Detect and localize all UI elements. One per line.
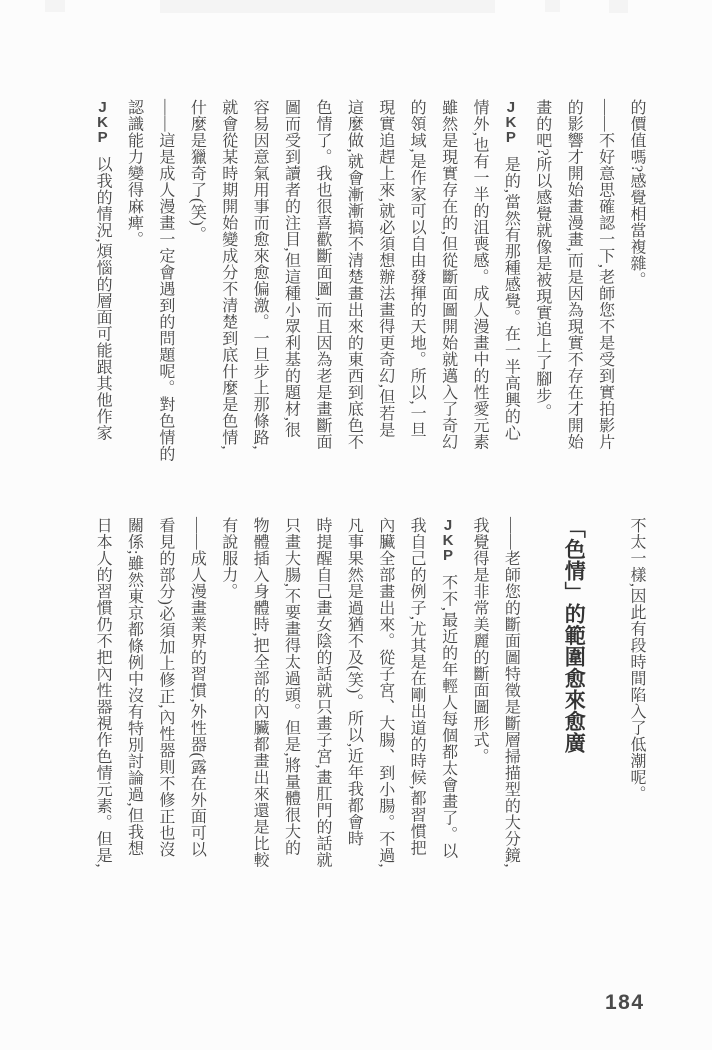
column-text: 是的,當然有那種感覺。在一半高興的心 <box>502 156 519 441</box>
speaker-label: JKP <box>502 99 519 144</box>
text-column: 認識能力變得麻痺。 <box>118 99 149 489</box>
column-text: 以我的情況,煩惱的層面可能跟其他作家 <box>94 156 111 441</box>
text-column: 色情了。我也很喜歡斷面圖,而且因為老是畫斷面 <box>307 99 338 489</box>
section-heading: 「色情」的範圍愈來愈廣 <box>558 517 589 907</box>
text-column: 不太一樣,因此有段時間陷入了低潮呢。 <box>621 517 652 907</box>
text-column: 關係;雖然東京都條例中沒有特別討論過,但我想 <box>118 517 149 907</box>
text-column: 什麼是獵奇了(笑)。 <box>181 99 212 489</box>
text-column: JKP不不,最近的年輕人每個都太會畫了。以 <box>432 517 463 907</box>
scan-artifact <box>270 0 495 13</box>
text-column: 的影響才開始畫漫畫,而是因為現實不存在才開始 <box>558 99 589 489</box>
bottom-text-block: 不太一樣,因此有段時間陷入了低潮呢。 「色情」的範圍愈來愈廣 ——老師您的斷面圖… <box>87 517 652 907</box>
text-column: 就會從某時期開始變成分不清楚到底什麼是色情, <box>212 99 243 489</box>
text-column: ——不好意思確認一下,老師您不是受到實拍影片 <box>589 99 620 489</box>
text-column: 只畫大腸,不要畫得太過頭。但是,將量體很大的 <box>275 517 306 907</box>
text-column: 日本人的習慣仍不把內性器視作色情元素。但是, <box>87 517 118 907</box>
text-column: 現實追趕上來,就必須想辦法畫得更奇幻,但若是 <box>369 99 400 489</box>
scan-artifact <box>160 0 270 13</box>
text-column: 我自己的例子,尤其是在剛出道的時候,都習慣把 <box>401 517 432 907</box>
text-column: 的價值嗎?感覺相當複雜。 <box>621 99 652 489</box>
text-column: ——這是成人漫畫一定會遇到的問題呢。對色情的 <box>150 99 181 489</box>
text-column: JKP是的,當然有那種感覺。在一半高興的心 <box>495 99 526 489</box>
text-column: 的領域,是作家可以自由發揮的天地。所以,一旦 <box>401 99 432 489</box>
text-column: 雖然是現實存在的,但從斷面圖開始就邁入了奇幻 <box>432 99 463 489</box>
text-column: 時提醒自己畫女陰的話就只畫子宮,畫肛門的話就 <box>307 517 338 907</box>
text-column: 容易因意氣用事而愈來愈偏激。一旦步上那條路, <box>244 99 275 489</box>
text-column: 圖而受到讀者的注目,但這種小眾利基的題材,很 <box>275 99 306 489</box>
text-column: ——成人漫畫業界的習慣,外性器(露在外面可以 <box>181 517 212 907</box>
scan-artifact <box>609 0 628 13</box>
text-column: 情外,也有一半的沮喪感。成人漫畫中的性愛元素 <box>464 99 495 489</box>
text-column: JKP以我的情況,煩惱的層面可能跟其他作家 <box>87 99 118 489</box>
text-column: 我覺得是非常美麗的斷面圖形式。 <box>464 517 495 907</box>
scan-artifact <box>545 0 560 12</box>
text-column: 這麼做,就會漸漸搞不清楚畫出來的東西到底色不 <box>338 99 369 489</box>
speaker-label: JKP <box>94 99 111 144</box>
text-column: 凡事果然是過猶不及(笑)。所以,近年我都會時 <box>338 517 369 907</box>
top-text-block: 的價值嗎?感覺相當複雜。 ——不好意思確認一下,老師您不是受到實拍影片 的影響才… <box>87 99 652 489</box>
book-page: 的價值嗎?感覺相當複雜。 ——不好意思確認一下,老師您不是受到實拍影片 的影響才… <box>0 0 712 1050</box>
speaker-label: JKP <box>440 517 457 562</box>
text-column: 物體插入身體時,把全部的內臟都畫出來還是比較 <box>244 517 275 907</box>
text-column: 畫的吧?所以感覺就像是被現實追上了腳步。 <box>526 99 557 489</box>
text-column: ——老師您的斷面圖特徵是斷層掃描型的大分鏡, <box>495 517 526 907</box>
page-number: 184 <box>605 991 645 1015</box>
column-text: 不不,最近的年輕人每個都太會畫了。以 <box>440 574 457 859</box>
scan-artifact <box>45 0 65 12</box>
column-gap <box>589 517 620 907</box>
text-column: 有說服力。 <box>212 517 243 907</box>
text-column: 內臟全部畫出來。從子宮、大腸、到小腸。不過, <box>369 517 400 907</box>
text-column: 看見的部分)必須加上修正,內性器則不修正也沒 <box>150 517 181 907</box>
column-gap <box>526 517 557 907</box>
